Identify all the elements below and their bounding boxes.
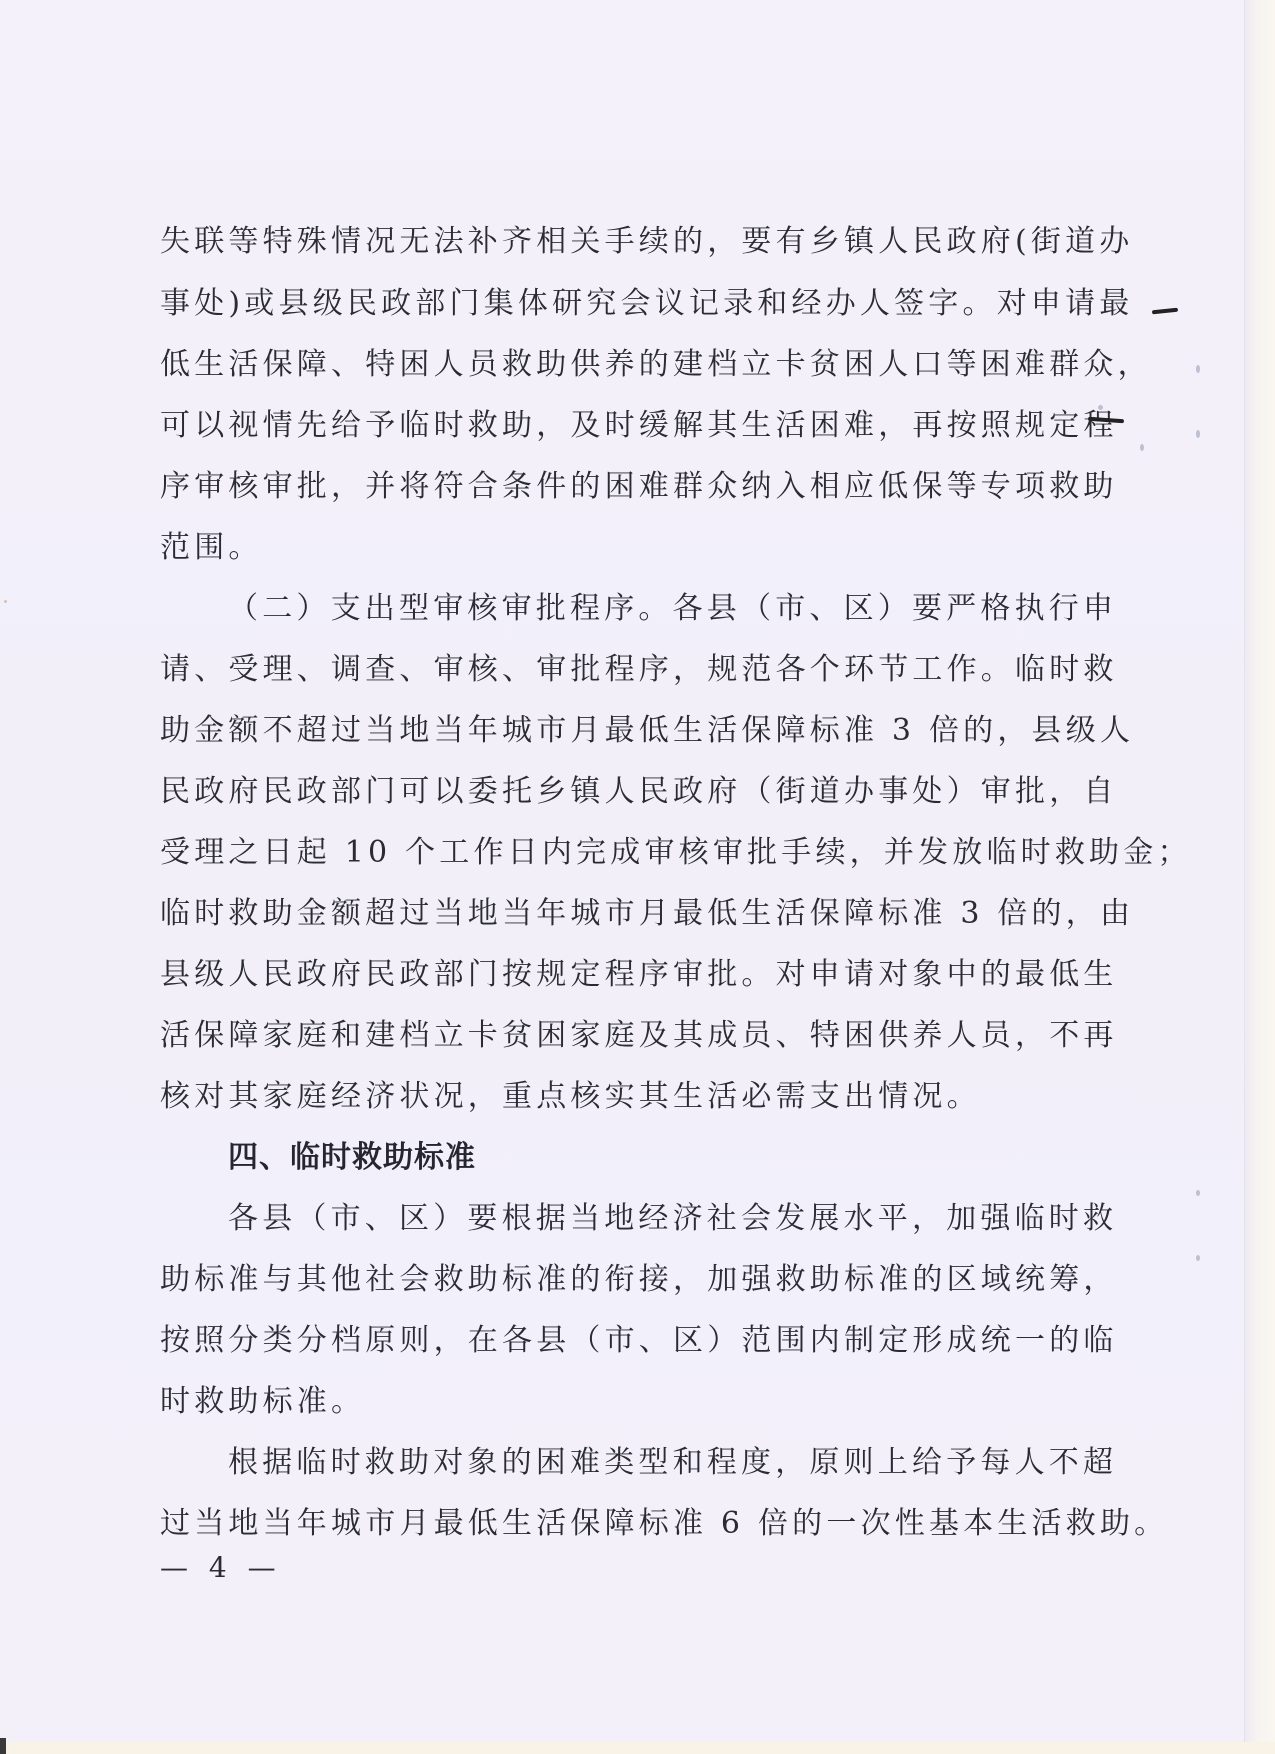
scan-edge-bottom xyxy=(0,1742,1275,1754)
scan-speck xyxy=(1140,444,1144,451)
body-text-line: 低生活保障、特困人员救助供养的建档立卡贫困人口等困难群众， xyxy=(160,345,1152,385)
scan-edge-right xyxy=(1244,0,1275,1754)
body-text-line: 各县（市、区）要根据当地经济社会发展水平，加强临时救 xyxy=(228,1199,1117,1239)
page-number: — 4 — xyxy=(160,1548,282,1588)
scan-speck xyxy=(1196,430,1200,438)
body-text-line: 范围。 xyxy=(160,528,263,568)
body-text-line: 请、受理、调查、审核、审批程序，规范各个环节工作。临时救 xyxy=(160,650,1118,690)
document-page: 失联等特殊情况无法补齐相关手续的，要有乡镇人民政府(街道办 事处)或县级民政部门… xyxy=(0,0,1252,1742)
body-text-line: 根据临时救助对象的困难类型和程度，原则上给予每人不超 xyxy=(228,1443,1117,1483)
body-text-line: 受理之日起 10 个工作日内完成审核审批手续，并发放临时救助金； xyxy=(160,833,1192,873)
scan-speck xyxy=(1098,405,1103,410)
scan-speck xyxy=(1196,1255,1200,1261)
body-text-line: 助金额不超过当地当年城市月最低生活保障标准 3 倍的，县级人 xyxy=(160,711,1134,751)
body-text-line: 按照分类分档原则，在各县（市、区）范围内制定形成统一的临 xyxy=(160,1321,1118,1361)
scan-speck xyxy=(1196,365,1200,373)
body-text-line: 事处)或县级民政部门集体研究会议记录和经办人签字。对申请最 xyxy=(160,284,1134,324)
body-text-line: 民政府民政部门可以委托乡镇人民政府（街道办事处）审批，自 xyxy=(160,772,1118,812)
body-text-line: 序审核审批，并将符合条件的困难群众纳入相应低保等专项救助 xyxy=(160,467,1118,507)
scan-speck xyxy=(4,600,7,603)
body-text-line: 可以视情先给予临时救助，及时缓解其生活困难，再按照规定程 xyxy=(160,406,1118,446)
body-text-line: 失联等特殊情况无法补齐相关手续的，要有乡镇人民政府(街道办 xyxy=(160,222,1134,262)
body-text-line: 县级人民政府民政部门按规定程序审批。对申请对象中的最低生 xyxy=(160,955,1118,995)
body-text-line: 过当地当年城市月最低生活保障标准 6 倍的一次性基本生活救助。 xyxy=(160,1504,1168,1544)
subsection-title-line: （二）支出型审核审批程序。各县（市、区）要严格执行申 xyxy=(228,589,1117,629)
body-text-line: 时救助标准。 xyxy=(160,1382,365,1422)
body-text-line: 助标准与其他社会救助标准的衔接，加强救助标准的区域统筹， xyxy=(160,1260,1118,1300)
body-text-line: 活保障家庭和建档立卡贫困家庭及其成员、特困供养人员，不再 xyxy=(160,1016,1118,1056)
scan-speck xyxy=(1196,1190,1200,1196)
body-text-line: 核对其家庭经济状况，重点核实其生活必需支出情况。 xyxy=(160,1077,981,1117)
scan-mark xyxy=(1152,308,1178,315)
body-text-line: 临时救助金额超过当地当年城市月最低生活保障标准 3 倍的，由 xyxy=(160,894,1134,934)
section-heading: 四、临时救助标准 xyxy=(228,1138,476,1178)
scan-edge-corner xyxy=(0,1738,6,1754)
